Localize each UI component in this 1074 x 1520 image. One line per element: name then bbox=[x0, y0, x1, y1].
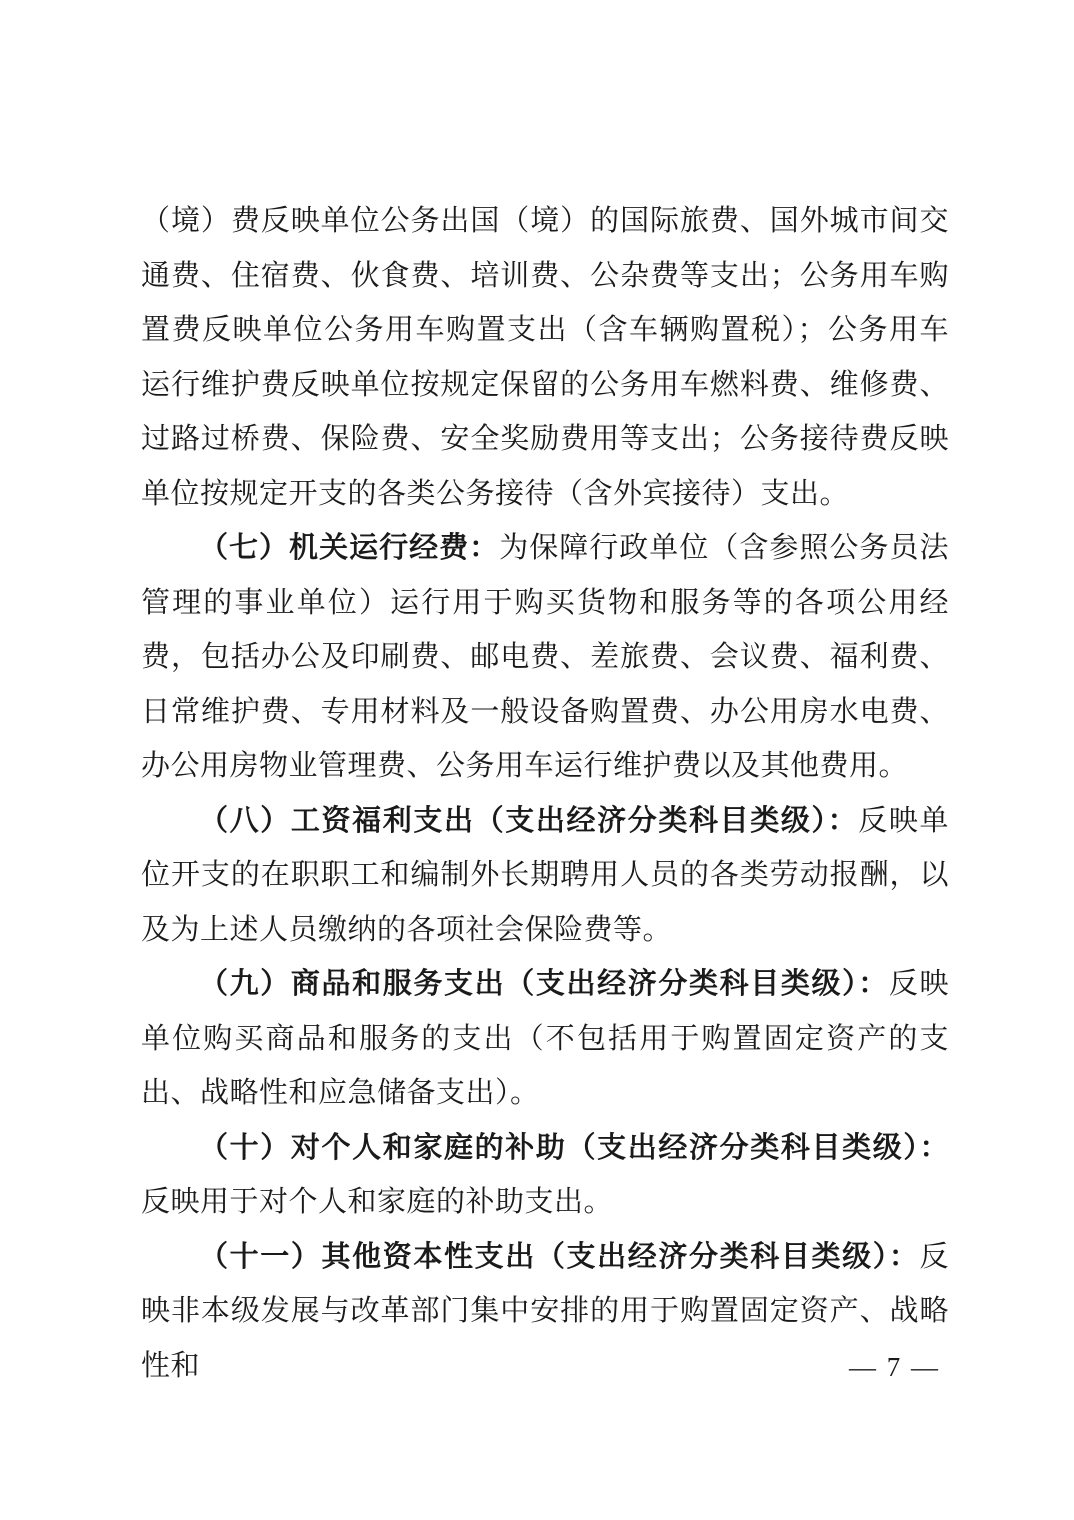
paragraph-item-8: （八）工资福利支出（支出经济分类科目类级）：反映单位开支的在职职工和编制外长期聘… bbox=[141, 794, 949, 958]
paragraph-item-11: （十一）其他资本性支出（支出经济分类科目类级）：反映非本级发展与改革部门集中安排… bbox=[141, 1230, 949, 1394]
paragraph-heading: （十一）其他资本性支出（支出经济分类科目类级）： bbox=[199, 1241, 919, 1273]
paragraph-text: （境）费反映单位公务出国（境）的国际旅费、国外城市间交通费、住宿费、伙食费、培训… bbox=[141, 205, 949, 510]
page-number: — 7 — bbox=[849, 1352, 940, 1383]
paragraph-heading: （十）对个人和家庭的补助（支出经济分类科目类级）： bbox=[199, 1132, 949, 1164]
paragraph-continuation: （境）费反映单位公务出国（境）的国际旅费、国外城市间交通费、住宿费、伙食费、培训… bbox=[141, 194, 949, 521]
paragraph-heading: （九）商品和服务支出（支出经济分类科目类级）： bbox=[199, 968, 889, 1000]
paragraph-text: 反映用于对个人和家庭的补助支出。 bbox=[141, 1186, 613, 1218]
paragraph-text: 为保障行政单位（含参照公务员法管理的事业单位）运行用于购买货物和服务等的各项公用… bbox=[141, 532, 949, 782]
paragraph-heading: （八）工资福利支出（支出经济分类科目类级）： bbox=[199, 805, 858, 837]
paragraph-item-10: （十）对个人和家庭的补助（支出经济分类科目类级）：反映用于对个人和家庭的补助支出… bbox=[141, 1121, 949, 1230]
paragraph-item-7: （七）机关运行经费：为保障行政单位（含参照公务员法管理的事业单位）运行用于购买货… bbox=[141, 521, 949, 794]
document-body: （境）费反映单位公务出国（境）的国际旅费、国外城市间交通费、住宿费、伙食费、培训… bbox=[141, 194, 949, 1393]
document-page: （境）费反映单位公务出国（境）的国际旅费、国外城市间交通费、住宿费、伙食费、培训… bbox=[0, 0, 1074, 1520]
paragraph-heading: （七）机关运行经费： bbox=[199, 532, 499, 564]
paragraph-item-9: （九）商品和服务支出（支出经济分类科目类级）：反映单位购买商品和服务的支出（不包… bbox=[141, 957, 949, 1121]
